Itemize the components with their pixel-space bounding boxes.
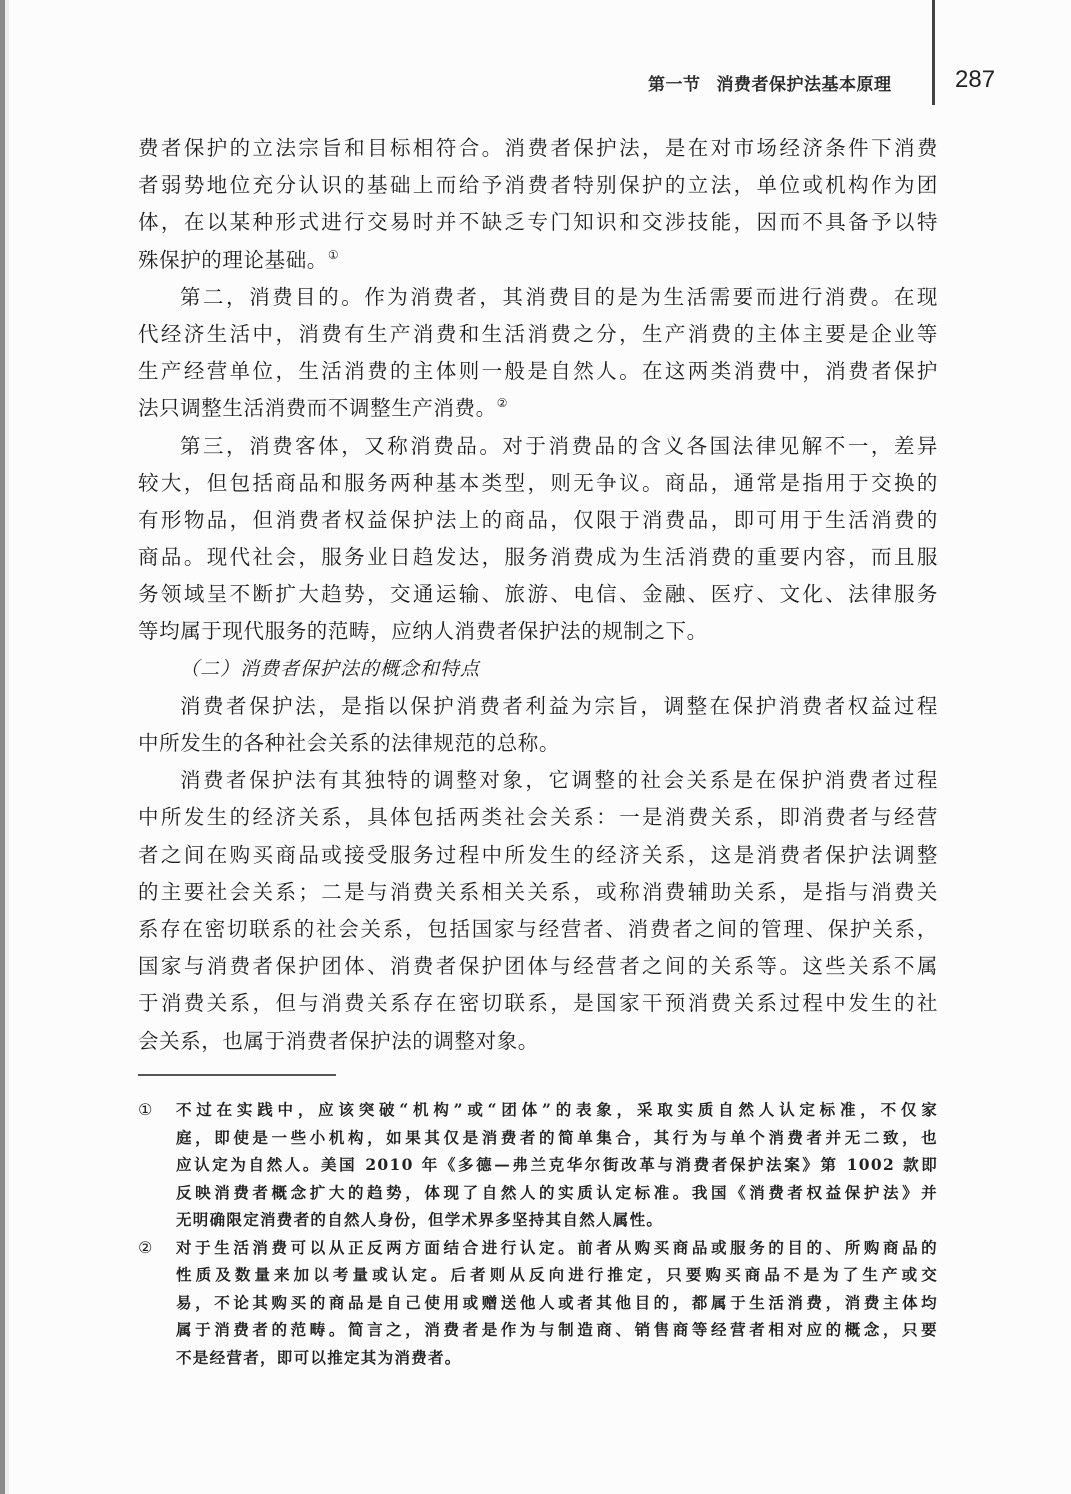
text-line: 中所发生的各种社会关系的法律规范的总称。 xyxy=(138,725,938,762)
footnote-marker: ② xyxy=(138,1234,152,1262)
text-line: 的主要社会关系；二是与消费关系相关关系，或称消费辅助关系，是指与消费关 xyxy=(138,874,938,911)
paragraph: 第三，消费客体，又称消费品。对于消费品的含义各国法律见解不一，差异 较大，但包括… xyxy=(138,428,938,651)
text-line: 者弱势地位充分认识的基础上而给予消费者特别保护的立法，单位或机构作为团 xyxy=(138,167,938,204)
text-line: 体，在以某种形式进行交易时并不缺乏专门知识和交涉技能，因而不具备予以特 xyxy=(138,204,938,241)
text-line: 商品。现代社会，服务业日趋发达，服务消费成为生活消费的重要内容，而且服 xyxy=(138,539,938,576)
text-line: 于消费关系，但与消费关系存在密切联系，是国家干预消费关系过程中发生的社 xyxy=(138,985,938,1022)
text-line: 系存在密切联系的社会关系，包括国家与经营者、消费者之间的管理、保护关系， xyxy=(138,911,938,948)
footnote-line: 对于生活消费可以从正反两方面结合进行认定。前者从购买商品或服务的目的、所购商品的 xyxy=(176,1234,938,1262)
text-line: 代经济生活中，消费有生产消费和生活消费之分，生产消费的主体主要是企业等 xyxy=(138,316,938,353)
text-line: 第二，消费目的。作为消费者，其消费目的是为生活需要而进行消费。在现 xyxy=(138,279,938,316)
footnote-line: 易，不论其购买的商品是自己使用或赠送他人或者其他目的，都属于生活消费，消费主体均 xyxy=(176,1289,938,1317)
page-edge-gutter xyxy=(5,0,9,1494)
footnote-ref-2[interactable]: ② xyxy=(497,396,508,410)
footnote-line: 性质及数量来加以考量或认定。后者则从反向进行推定，只要购买商品不是为了生产或交 xyxy=(176,1261,938,1289)
footnote-line: 不过在实践中，应该突破“机构”或“团体”的表象，采取实质自然人认定标准，不仅家 xyxy=(176,1096,938,1124)
footnote-1: ① 不过在实践中，应该突破“机构”或“团体”的表象，采取实质自然人认定标准，不仅… xyxy=(138,1096,938,1234)
text-line: 者之间在购买商品或接受服务过程中所发生的经济关系，这是消费者保护法调整 xyxy=(138,837,938,874)
paragraph: 消费者保护法，是指以保护消费者利益为宗旨，调整在保护消费者权益过程 中所发生的各… xyxy=(138,688,938,762)
text-line: 消费者保护法有其独特的调整对象，它调整的社会关系是在保护消费者过程 xyxy=(138,762,938,799)
running-head: 第一节消费者保护法基本原理 xyxy=(648,70,892,95)
text-line: 殊保护的理论基础。① xyxy=(138,242,938,279)
footnote-line: 应认定为自然人。美国 2010 年《多德—弗兰克华尔街改革与消费者保护法案》第 … xyxy=(176,1151,938,1179)
text-line: 有形物品，但消费者权益保护法上的商品，仅限于消费品，即可用于生活消费的 xyxy=(138,502,938,539)
section-number: 第一节 xyxy=(648,75,701,95)
footnote-line: 反映消费者概念扩大的趋势，体现了自然人的实质认定标准。我国《消费者权益保护法》并 xyxy=(176,1179,938,1207)
paragraph: 费者保护的立法宗旨和目标相符合。消费者保护法，是在对市场经济条件下消费 者弱势地… xyxy=(138,130,938,279)
text-line: 费者保护的立法宗旨和目标相符合。消费者保护法，是在对市场经济条件下消费 xyxy=(138,130,938,167)
footnote-ref-1[interactable]: ① xyxy=(328,248,339,262)
header-vertical-rule xyxy=(932,0,935,105)
text-line: 消费者保护法，是指以保护消费者利益为宗旨，调整在保护消费者权益过程 xyxy=(138,688,938,725)
section-title: 消费者保护法基本原理 xyxy=(717,75,892,95)
text-line: 较大，但包括商品和服务两种基本类型，则无争议。商品，通常是指用于交换的 xyxy=(138,465,938,502)
footnote-line: 庭，即使是一些小机构，如果其仅是消费者的简单集合，其行为与单个消费者并无二致，也 xyxy=(176,1124,938,1152)
footnote-separator xyxy=(138,1074,336,1076)
paragraph: 第二，消费目的。作为消费者，其消费目的是为生活需要而进行消费。在现 代经济生活中… xyxy=(138,279,938,428)
text-line: 国家与消费者保护团体、消费者保护团体与经营者之间的关系等。这些关系不属 xyxy=(138,948,938,985)
paragraph: 消费者保护法有其独特的调整对象，它调整的社会关系是在保护消费者过程 中所发生的经… xyxy=(138,762,938,1060)
text-line: 等均属于现代服务的范畴，应纳人消费者保护法的规制之下。 xyxy=(138,613,938,650)
text-line: 法只调整生活消费而不调整生产消费。② xyxy=(138,390,938,427)
footnote-marker: ① xyxy=(138,1096,152,1124)
footnote-line: 属于消费者的范畴。简言之，消费者是作为与制造商、销售商等经营者相对应的概念，只要 xyxy=(176,1316,938,1344)
footnote-line: 不是经营者，即可以推定其为消费者。 xyxy=(176,1344,938,1372)
text-line: 生产经营单位，生活消费的主体则一般是自然人。在这两类消费中，消费者保护 xyxy=(138,353,938,390)
footnote-line: 无明确限定消费者的自然人身份，但学术界多坚持其自然人属性。 xyxy=(176,1206,938,1234)
section-subheading: （二）消费者保护法的概念和特点 xyxy=(138,651,938,688)
text-line: 会关系，也属于消费者保护法的调整对象。 xyxy=(138,1023,938,1060)
footnote-2: ② 对于生活消费可以从正反两方面结合进行认定。前者从购买商品或服务的目的、所购商… xyxy=(138,1234,938,1372)
text-line: 务领域呈不断扩大趋势，交通运输、旅游、电信、金融、医疗、文化、法律服务 xyxy=(138,576,938,613)
footnotes: ① 不过在实践中，应该突破“机构”或“团体”的表象，采取实质自然人认定标准，不仅… xyxy=(138,1096,938,1371)
page-number: 287 xyxy=(955,66,995,94)
text-line: 中所发生的经济关系，具体包括两类社会关系：一是消费关系，即消费者与经营 xyxy=(138,799,938,836)
body-text: 费者保护的立法宗旨和目标相符合。消费者保护法，是在对市场经济条件下消费 者弱势地… xyxy=(138,130,938,1060)
text-line: 第三，消费客体，又称消费品。对于消费品的含义各国法律见解不一，差异 xyxy=(138,428,938,465)
